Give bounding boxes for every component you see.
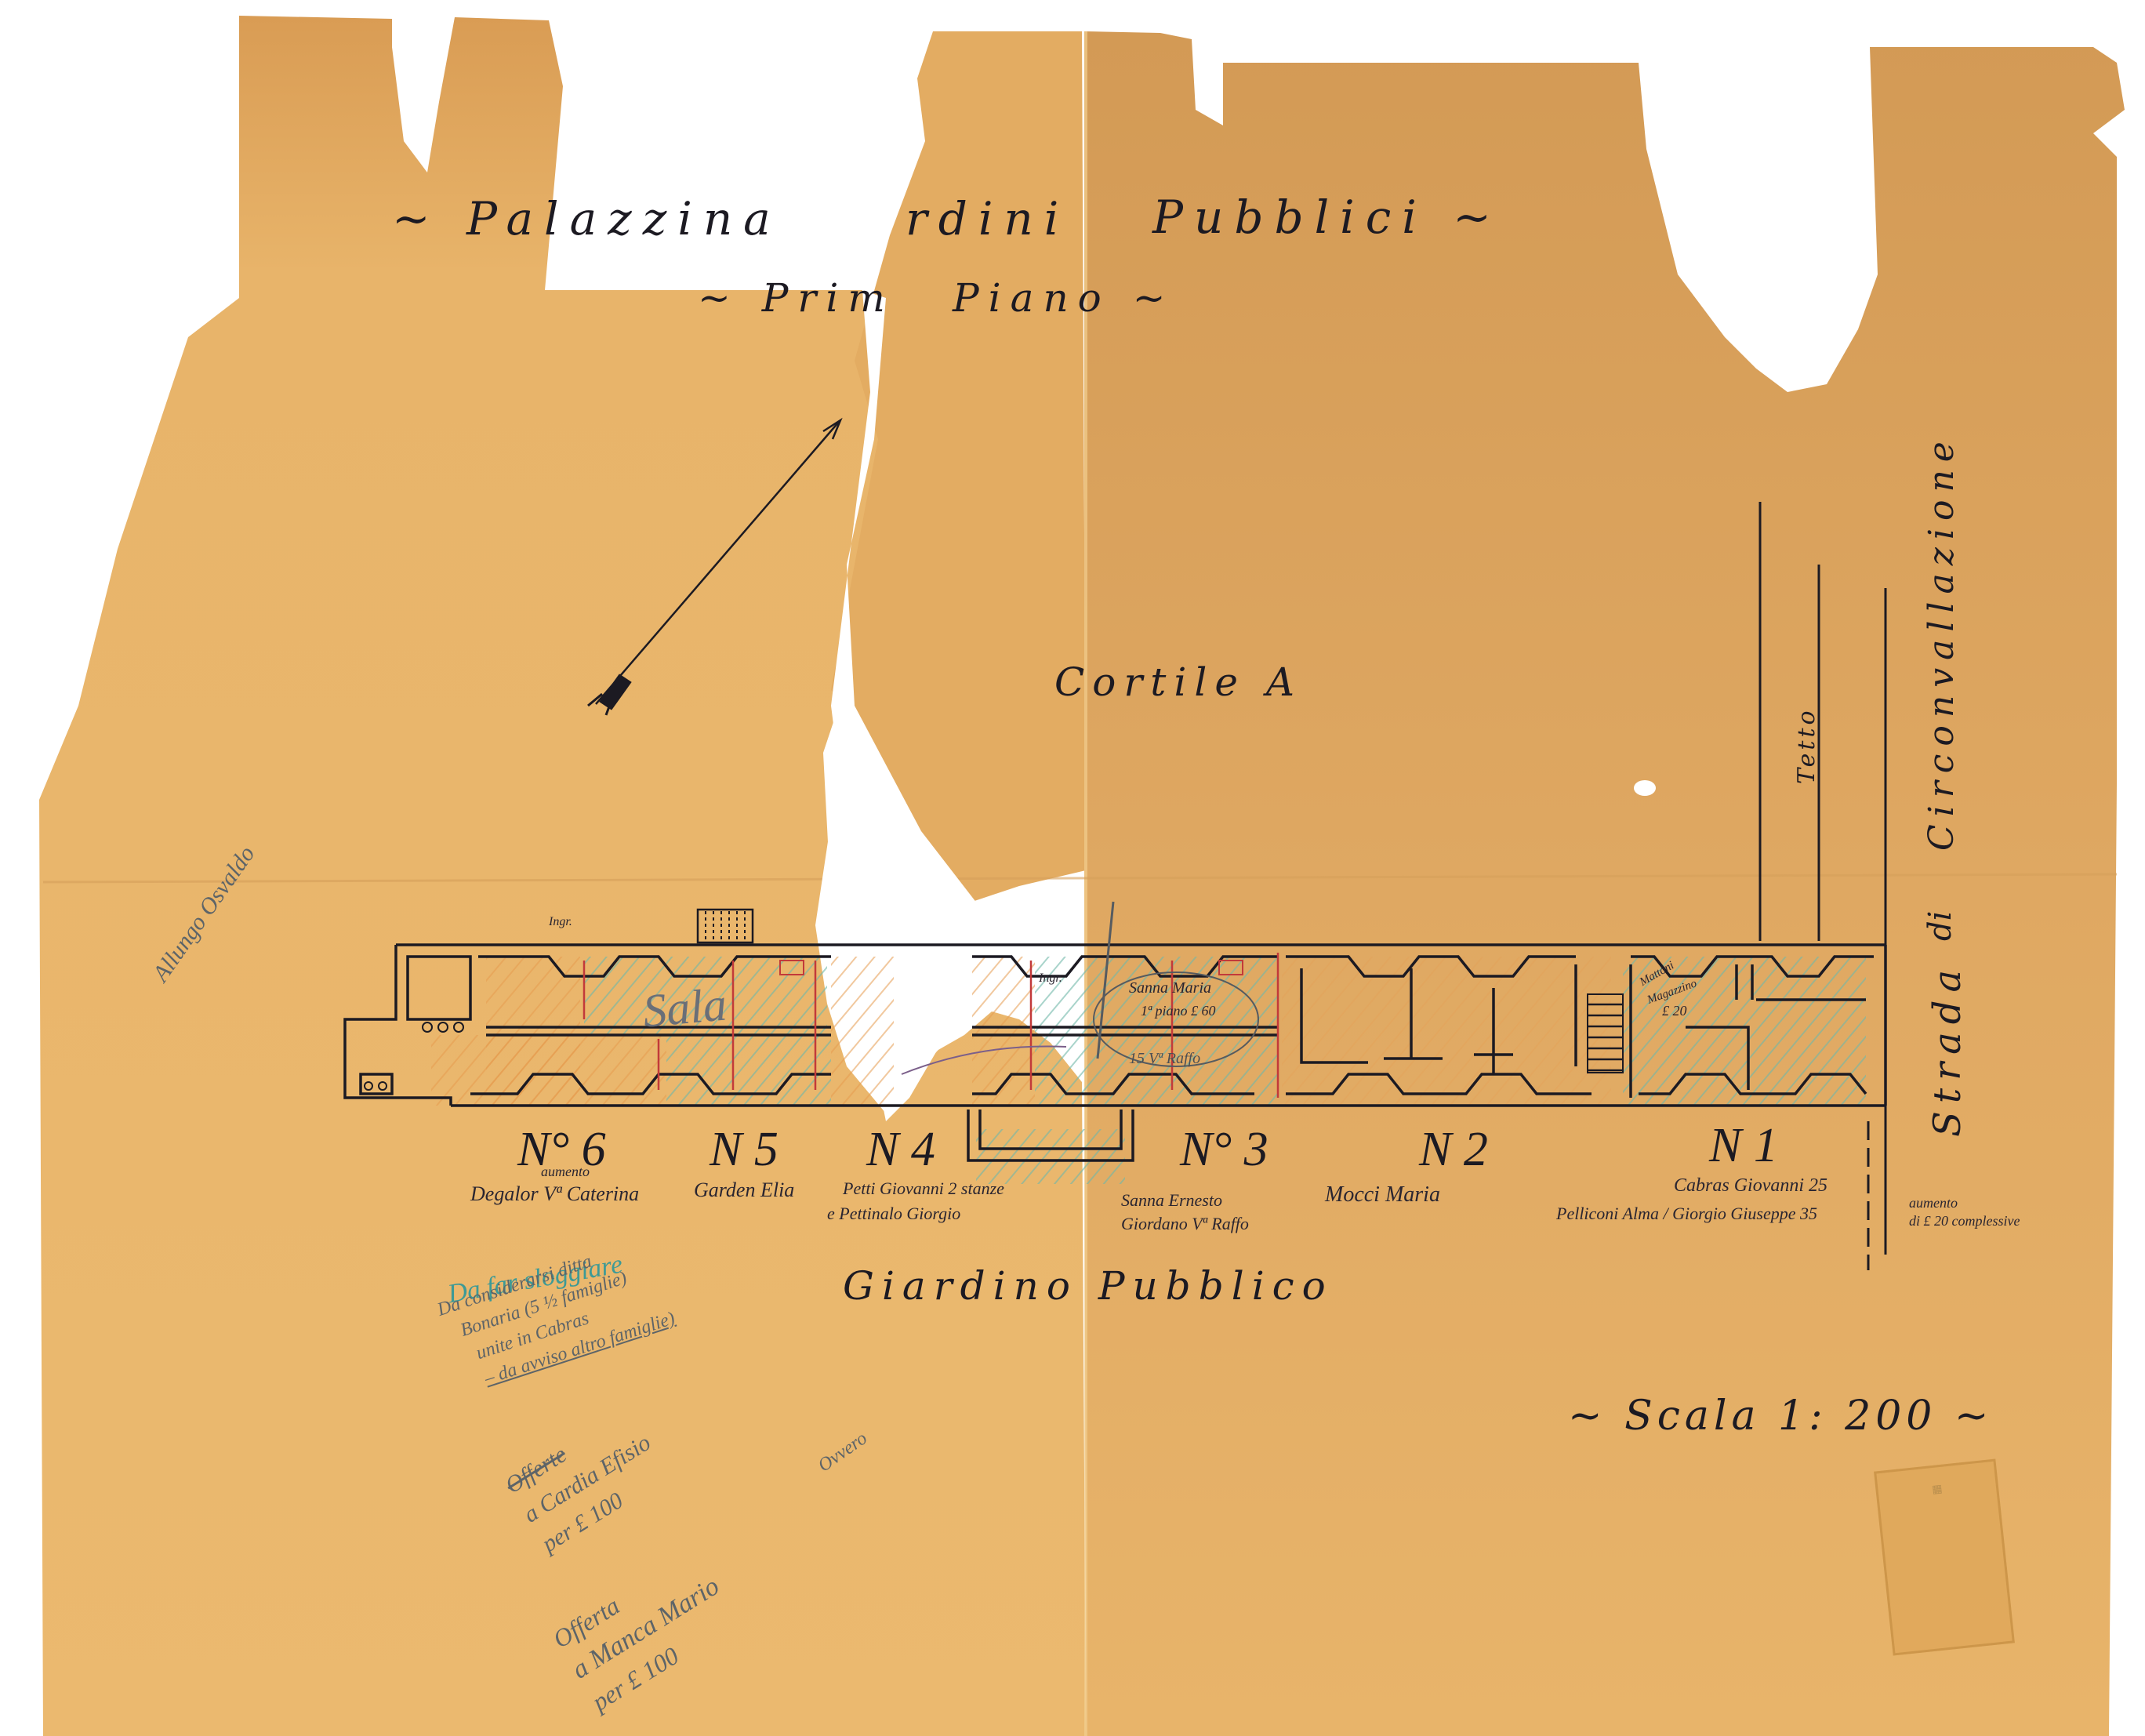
unit-4-tenant: Petti Giovanni 2 stanze xyxy=(843,1180,1004,1197)
unit-4-number: N 4 xyxy=(866,1125,935,1174)
unit-3-tenant: Sanna Ernesto xyxy=(1121,1192,1222,1209)
unit-4-tenant-2: e Pettinalo Giorgio xyxy=(827,1205,960,1222)
sanna-box-annotation-2: 1ª piano £ 60 xyxy=(1141,1004,1215,1018)
right-note-2: di £ 20 complessive xyxy=(1909,1214,2020,1228)
sanna-box-annotation-3: 15 Vª Raffo xyxy=(1129,1051,1200,1066)
unit-1-number: N 1 xyxy=(1709,1121,1778,1170)
street-upper-label: Circonvallazione xyxy=(1925,434,1959,851)
ingr-left-annotation: Ingr. xyxy=(549,916,572,928)
document-title-right: Pubblici ~ xyxy=(1152,194,1502,240)
sanna-box-annotation: Sanna Maria xyxy=(1129,980,1211,996)
street-di-label: di xyxy=(1925,911,1956,941)
document-title-left: ~ Palazzina xyxy=(392,196,782,242)
scale-label: ~ Scala 1: 200 ~ xyxy=(1568,1396,1994,1436)
roof-label: Tetto xyxy=(1795,707,1819,784)
paper-hole-small xyxy=(1634,780,1656,796)
garden-label: Giardino Pubblico xyxy=(843,1266,1334,1306)
courtyard-label: Cortile A xyxy=(1054,663,1302,702)
staircase xyxy=(1588,994,1623,1073)
unit-6-note: aumento xyxy=(541,1164,590,1179)
unit-1-tenant: Cabras Giovanni 25 xyxy=(1674,1176,1827,1195)
street-lower-label: Strada xyxy=(1929,962,1966,1137)
unit-4-fill xyxy=(831,957,894,1106)
document-subtitle-right: Piano ~ xyxy=(953,278,1175,318)
unit-2-tenant: Mocci Maria xyxy=(1325,1184,1440,1206)
revenue-stamp: ▦ xyxy=(1874,1458,2015,1655)
unit-1-room-annotation-3: £ 20 xyxy=(1662,1004,1687,1018)
unit-2-fill xyxy=(1282,957,1611,1106)
sala-annotation: Sala xyxy=(641,980,728,1034)
right-note-1: aumento xyxy=(1909,1196,1958,1210)
document-subtitle-left: ~ Prim xyxy=(698,278,895,318)
unit-5-number: N 5 xyxy=(710,1125,779,1174)
floor-plan-sheet xyxy=(0,0,2145,1736)
unit-2-number: N 2 xyxy=(1419,1125,1488,1174)
unit-5-tenant: Garden Elia xyxy=(694,1180,794,1200)
ingr-mid-annotation: Ingr. xyxy=(1039,972,1062,985)
unit-1-tenant-2: Pelliconi Alma / Giorgio Giuseppe 35 xyxy=(1556,1205,1817,1222)
unit-6-tenant: Degalor Vª Caterina xyxy=(470,1184,639,1204)
unit-3-tenant-2: Giordano Vª Raffo xyxy=(1121,1215,1249,1233)
unit-3-number: N° 3 xyxy=(1180,1125,1268,1174)
document-title-middle: rdini xyxy=(906,196,1069,242)
courtyard-annex-fill xyxy=(976,1129,1125,1184)
stamp-icon: ▦ xyxy=(1878,1477,1996,1502)
